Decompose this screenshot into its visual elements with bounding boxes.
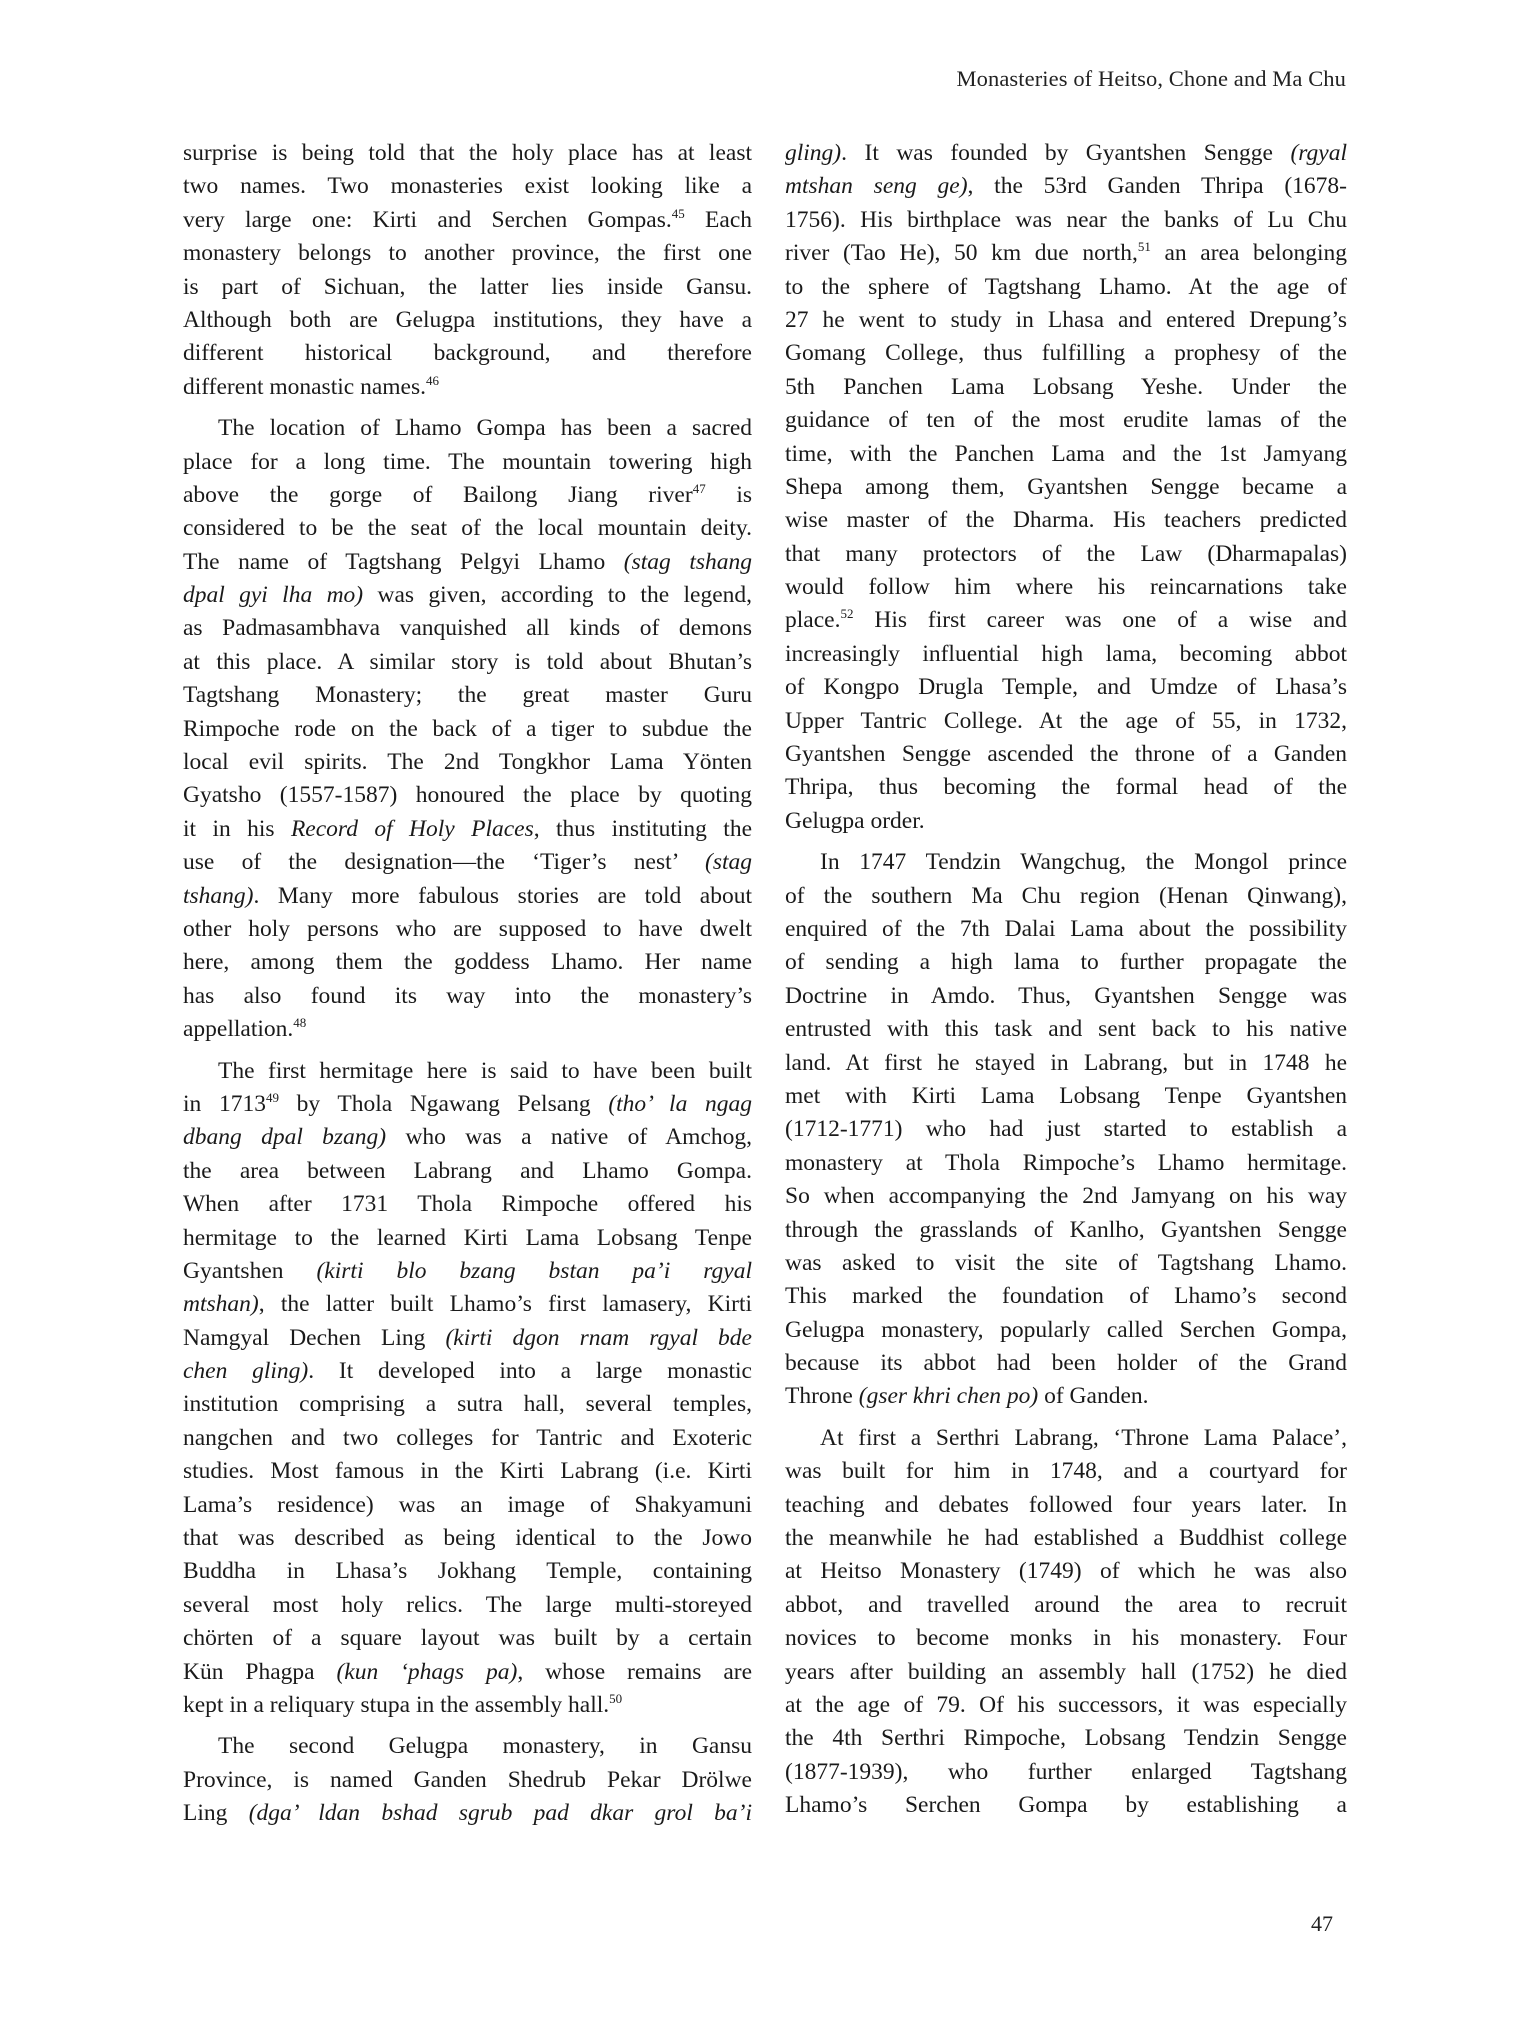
text-run: here, among them the goddess Lhamo. Her … [183, 949, 752, 975]
text-run: in 1713 [183, 1091, 266, 1117]
text-line: nangchen and two colleges for Tantric an… [183, 1422, 752, 1455]
text-line: studies. Most famous in the Kirti Labran… [183, 1455, 752, 1488]
text-line: dbang dpal bzang) who was a native of Am… [183, 1121, 752, 1154]
text-line: is part of Sichuan, the latter lies insi… [183, 271, 752, 304]
text-line: 27 he went to study in Lhasa and entered… [785, 304, 1347, 337]
text-run: by Thola Ngawang Pelsang [279, 1091, 608, 1117]
text-line: years after building an assembly hall (1… [785, 1656, 1347, 1689]
text-run: The second Gelugpa monastery, in Gansu [218, 1733, 752, 1759]
text-run: wise master of the Dharma. His teachers … [785, 507, 1347, 533]
text-run: above the gorge of Bailong Jiang river [183, 482, 693, 508]
text-run: that was described as being identical to… [183, 1525, 752, 1551]
text-line: dpal gyi lha mo) was given, according to… [183, 579, 752, 612]
text-line: Rimpoche rode on the back of a tiger to … [183, 713, 752, 746]
text-line: through the grasslands of Kanlho, Gyants… [785, 1214, 1347, 1247]
text-line: of Kongpo Drugla Temple, and Umdze of Lh… [785, 671, 1347, 704]
text-line: chen gling). It developed into a large m… [183, 1355, 752, 1388]
text-line: considered to be the seat of the local m… [183, 512, 752, 545]
paragraph-gap [183, 1047, 752, 1055]
text-run: (1877-1939), who further enlarged Tagtsh… [785, 1759, 1347, 1785]
text-run: Upper Tantric College. At the age of 55,… [785, 708, 1347, 734]
tibetan-transliteration: (stag tshang [624, 549, 752, 575]
text-line: Namgyal Dechen Ling (kirti dgon rnam rgy… [183, 1322, 752, 1355]
text-run: has also found its way into the monaster… [183, 983, 752, 1009]
text-line: 1756). His birthplace was near the banks… [785, 204, 1347, 237]
text-run: enquired of the 7th Dalai Lama about the… [785, 916, 1347, 942]
text-run: Namgyal Dechen Ling [183, 1325, 445, 1351]
text-run: 27 he went to study in Lhasa and entered… [785, 307, 1347, 333]
tibetan-transliteration: tshang) [183, 883, 254, 909]
text-run: that many protectors of the Law (Dharmap… [785, 541, 1347, 567]
tibetan-transliteration: (stag [705, 849, 752, 875]
text-run: studies. Most famous in the Kirti Labran… [183, 1458, 752, 1484]
text-run: Gyantshen [183, 1258, 316, 1284]
running-header-title: Monasteries of Heitso, Chone and Ma Chu [957, 66, 1346, 92]
text-line: very large one: Kirti and Serchen Gompas… [183, 204, 752, 237]
tibetan-transliteration: mtshan seng ge) [785, 173, 968, 199]
text-line: of sending a high lama to further propag… [785, 946, 1347, 979]
text-line: at Heitso Monastery (1749) of which he w… [785, 1555, 1347, 1588]
text-line: appellation.48 [183, 1013, 752, 1046]
footnote-ref: 52 [840, 606, 853, 621]
text-run: Kün Phagpa [183, 1659, 336, 1685]
text-run: kept in a reliquary stupa in the assembl… [183, 1692, 609, 1718]
text-run: His first career was one of a wise and [853, 607, 1347, 633]
text-run: of Kongpo Drugla Temple, and Umdze of Lh… [785, 674, 1347, 700]
text-line: 5th Panchen Lama Lobsang Yeshe. Under th… [785, 371, 1347, 404]
text-run: surprise is being told that the holy pla… [183, 140, 752, 166]
text-line: other holy persons who are supposed to h… [183, 913, 752, 946]
text-run: very large one: Kirti and Serchen Gompas… [183, 207, 672, 233]
footnote-ref: 48 [293, 1015, 306, 1030]
text-run: increasingly influential high lama, beco… [785, 641, 1347, 667]
text-line: place.52 His first career was one of a w… [785, 604, 1347, 637]
text-line: gling). It was founded by Gyantshen Seng… [785, 137, 1347, 170]
tibetan-transliteration: chen gling) [183, 1358, 308, 1384]
text-run: When after 1731 Thola Rimpoche offered h… [183, 1191, 752, 1217]
text-line: Gyantshen Sengge ascended the throne of … [785, 738, 1347, 771]
text-run: The name of Tagtshang Pelgyi Lhamo [183, 549, 624, 575]
text-line: This marked the foundation of Lhamo’s se… [785, 1280, 1347, 1313]
text-run: at the age of 79. Of his successors, it … [785, 1692, 1347, 1718]
text-line: at the age of 79. Of his successors, it … [785, 1689, 1347, 1722]
text-run: At first a Serthri Labrang, ‘Throne Lama… [820, 1425, 1347, 1451]
text-line: abbot, and travelled around the area to … [785, 1589, 1347, 1622]
text-run: is part of Sichuan, the latter lies insi… [183, 274, 752, 300]
tibetan-transliteration: mtshan) [183, 1291, 259, 1317]
text-line: Gelugpa monastery, popularly called Serc… [785, 1314, 1347, 1347]
text-run: who was a native of Amchog, [386, 1124, 752, 1150]
text-run: abbot, and travelled around the area to … [785, 1592, 1347, 1618]
paragraph: At first a Serthri Labrang, ‘Throne Lama… [785, 1422, 1347, 1823]
text-run: was asked to visit the site of Tagtshang… [785, 1250, 1347, 1276]
text-run: was given, according to the legend, [363, 582, 752, 608]
text-line: novices to become monks in his monastery… [785, 1622, 1347, 1655]
text-run: Doctrine in Amdo. Thus, Gyantshen Sengge… [785, 983, 1347, 1009]
paragraph-gap [785, 1414, 1347, 1422]
text-run: place. [785, 607, 840, 633]
text-line: Although both are Gelugpa institutions, … [183, 304, 752, 337]
text-line: river (Tao He), 50 km due north,51 an ar… [785, 237, 1347, 270]
text-line: of the southern Ma Chu region (Henan Qin… [785, 880, 1347, 913]
text-run: institution comprising a sutra hall, sev… [183, 1391, 752, 1417]
text-line: So when accompanying the 2nd Jamyang on … [785, 1180, 1347, 1213]
text-line: because its abbot had been holder of the… [785, 1347, 1347, 1380]
paragraph: The second Gelugpa monastery, in GansuPr… [183, 1730, 752, 1830]
text-line: At first a Serthri Labrang, ‘Throne Lama… [785, 1422, 1347, 1455]
text-line: Lama’s residence) was an image of Shakya… [183, 1489, 752, 1522]
text-line: The second Gelugpa monastery, in Gansu [183, 1730, 752, 1763]
text-run: Although both are Gelugpa institutions, … [183, 307, 752, 333]
text-run: time, with the Panchen Lama and the 1st … [785, 441, 1347, 467]
page-number: 47 [1311, 1911, 1333, 1937]
text-run: , thus instituting the [534, 816, 752, 842]
text-run: because its abbot had been holder of the… [785, 1350, 1347, 1376]
text-line: Province, is named Ganden Shedrub Pekar … [183, 1764, 752, 1797]
text-line: Buddha in Lhasa’s Jokhang Temple, contai… [183, 1555, 752, 1588]
text-line: When after 1731 Thola Rimpoche offered h… [183, 1188, 752, 1221]
text-run: novices to become monks in his monastery… [785, 1625, 1347, 1651]
text-run: The location of Lhamo Gompa has been a s… [218, 415, 752, 441]
text-run: Buddha in Lhasa’s Jokhang Temple, contai… [183, 1558, 752, 1584]
text-run: through the grasslands of Kanlho, Gyants… [785, 1217, 1347, 1243]
text-run: was built for him in 1748, and a courtya… [785, 1458, 1347, 1484]
text-run: guidance of ten of the most erudite lama… [785, 407, 1347, 433]
text-line: (1712-1771) who had just started to esta… [785, 1113, 1347, 1146]
text-run: 1756). His birthplace was near the banks… [785, 207, 1347, 233]
text-line: the area between Labrang and Lhamo Gompa… [183, 1155, 752, 1188]
text-line: use of the designation—the ‘Tiger’s nest… [183, 846, 752, 879]
text-line: would follow him where his reincarnation… [785, 571, 1347, 604]
text-run: place for a long time. The mountain towe… [183, 449, 752, 475]
text-run: Ling [183, 1800, 249, 1826]
text-line: The name of Tagtshang Pelgyi Lhamo (stag… [183, 546, 752, 579]
text-line: land. At first he stayed in Labrang, but… [785, 1047, 1347, 1080]
text-run: different historical background, and the… [183, 340, 752, 366]
text-line: kept in a reliquary stupa in the assembl… [183, 1689, 752, 1722]
text-run: Gyatsho (1557-1587) honoured the place b… [183, 782, 752, 808]
text-line: tshang). Many more fabulous stories are … [183, 880, 752, 913]
text-line: was built for him in 1748, and a courtya… [785, 1455, 1347, 1488]
text-run: different monastic names. [183, 374, 426, 400]
right-text-column: gling). It was founded by Gyantshen Seng… [785, 137, 1347, 1823]
text-run: monastery at Thola Rimpoche’s Lhamo herm… [785, 1150, 1347, 1176]
text-run: use of the designation—the ‘Tiger’s nest… [183, 849, 705, 875]
text-run: 5th Panchen Lama Lobsang Yeshe. Under th… [785, 374, 1347, 400]
tibetan-transliteration: dpal gyi lha mo) [183, 582, 363, 608]
text-line: Lhamo’s Serchen Gompa by establishing a [785, 1789, 1347, 1822]
paragraph: In 1747 Tendzin Wangchug, the Mongol pri… [785, 846, 1347, 1414]
text-run: of sending a high lama to further propag… [785, 949, 1347, 975]
tibetan-transliteration: (kun ‘phags pa) [336, 1659, 517, 1685]
text-run: an area belonging [1151, 240, 1347, 266]
text-line: Throne (gser khri chen po) of Ganden. [785, 1380, 1347, 1413]
text-run: met with Kirti Lama Lobsang Tenpe Gyants… [785, 1083, 1347, 1109]
text-line: wise master of the Dharma. His teachers … [785, 504, 1347, 537]
text-run: chörten of a square layout was built by … [183, 1625, 752, 1651]
text-line: to the sphere of Tagtshang Lhamo. At the… [785, 271, 1347, 304]
text-line: it in his Record of Holy Places, thus in… [183, 813, 752, 846]
text-run: two names. Two monasteries exist looking… [183, 173, 752, 199]
text-line: enquired of the 7th Dalai Lama about the… [785, 913, 1347, 946]
text-run: , the latter built Lhamo’s first lamaser… [259, 1291, 752, 1317]
text-run: of the southern Ma Chu region (Henan Qin… [785, 883, 1347, 909]
text-line: above the gorge of Bailong Jiang river47… [183, 479, 752, 512]
text-line: The location of Lhamo Gompa has been a s… [183, 412, 752, 445]
text-line: Thripa, thus becoming the formal head of… [785, 771, 1347, 804]
text-run: entrusted with this task and sent back t… [785, 1016, 1347, 1042]
text-line: The first hermitage here is said to have… [183, 1055, 752, 1088]
tibetan-transliteration: dbang dpal bzang) [183, 1124, 386, 1150]
text-line: teaching and debates followed four years… [785, 1489, 1347, 1522]
text-line: Upper Tantric College. At the age of 55,… [785, 705, 1347, 738]
paragraph-gap [183, 404, 752, 412]
text-run: at Heitso Monastery (1749) of which he w… [785, 1558, 1347, 1584]
text-run: hermitage to the learned Kirti Lama Lobs… [183, 1225, 752, 1251]
text-run: Gelugpa order. [785, 808, 925, 834]
text-run: the area between Labrang and Lhamo Gompa… [183, 1158, 752, 1184]
text-run: Throne [785, 1383, 859, 1409]
paragraph-gap [785, 838, 1347, 846]
text-line: surprise is being told that the holy pla… [183, 137, 752, 170]
text-run: Gyantshen Sengge ascended the throne of … [785, 741, 1347, 767]
text-line: as Padmasambhava vanquished all kinds of… [183, 612, 752, 645]
text-line: Gyatsho (1557-1587) honoured the place b… [183, 779, 752, 812]
text-run: Lama’s residence) was an image of Shakya… [183, 1492, 752, 1518]
paragraph: surprise is being told that the holy pla… [183, 137, 752, 404]
text-line: institution comprising a sutra hall, sev… [183, 1388, 752, 1421]
text-run: river (Tao He), 50 km due north, [785, 240, 1138, 266]
text-run: monastery belongs to another province, t… [183, 240, 752, 266]
text-line: Ling (dga’ ldan bshad sgrub pad dkar gro… [183, 1797, 752, 1830]
tibetan-transliteration: (tho’ la ngag [608, 1091, 752, 1117]
text-run: Province, is named Ganden Shedrub Pekar … [183, 1767, 752, 1793]
text-run: . Many more fabulous stories are told ab… [254, 883, 753, 909]
tibetan-transliteration: (gser khri chen po) [859, 1383, 1038, 1409]
text-run: the meanwhile he had established a Buddh… [785, 1525, 1347, 1551]
tibetan-transliteration: (dga’ ldan bshad sgrub pad dkar grol ba’… [249, 1800, 752, 1826]
text-run: teaching and debates followed four years… [785, 1492, 1347, 1518]
text-line: Shepa among them, Gyantshen Sengge becam… [785, 471, 1347, 504]
text-run: appellation. [183, 1016, 293, 1042]
text-run: Gomang College, thus fulfilling a prophe… [785, 340, 1347, 366]
text-line: place for a long time. The mountain towe… [183, 446, 752, 479]
text-run: would follow him where his reincarnation… [785, 574, 1347, 600]
text-line: the meanwhile he had established a Buddh… [785, 1522, 1347, 1555]
text-run: several most holy relics. The large mult… [183, 1592, 752, 1618]
text-run: In 1747 Tendzin Wangchug, the Mongol pri… [820, 849, 1347, 875]
paragraph-gap [183, 1722, 752, 1730]
text-line: that was described as being identical to… [183, 1522, 752, 1555]
text-run: Thripa, thus becoming the formal head of… [785, 774, 1347, 800]
text-line: Kün Phagpa (kun ‘phags pa), whose remain… [183, 1656, 752, 1689]
text-run: Gelugpa monastery, popularly called Serc… [785, 1317, 1347, 1343]
text-run: local evil spirits. The 2nd Tongkhor Lam… [183, 749, 752, 775]
footnote-ref: 50 [609, 1691, 622, 1706]
text-line: in 171349 by Thola Ngawang Pelsang (tho’… [183, 1088, 752, 1121]
footnote-ref: 46 [426, 373, 439, 388]
text-run: Rimpoche rode on the back of a tiger to … [183, 716, 752, 742]
paragraph: The location of Lhamo Gompa has been a s… [183, 412, 752, 1046]
text-run: (1712-1771) who had just started to esta… [785, 1116, 1347, 1142]
text-line: guidance of ten of the most erudite lama… [785, 404, 1347, 437]
text-line: here, among them the goddess Lhamo. Her … [183, 946, 752, 979]
left-text-column: surprise is being told that the holy pla… [183, 137, 752, 1831]
tibetan-transliteration: gling) [785, 140, 841, 166]
text-line: (1877-1939), who further enlarged Tagtsh… [785, 1756, 1347, 1789]
text-run: other holy persons who are supposed to h… [183, 916, 752, 942]
text-line: has also found its way into the monaster… [183, 980, 752, 1013]
tibetan-transliteration: (kirti blo bzang bstan pa’i rgyal [316, 1258, 752, 1284]
text-run: The first hermitage here is said to have… [218, 1058, 752, 1084]
tibetan-transliteration: Record of Holy Places [291, 816, 534, 842]
text-run: it in his [183, 816, 291, 842]
text-run: . It developed into a large monastic [308, 1358, 752, 1384]
text-line: local evil spirits. The 2nd Tongkhor Lam… [183, 746, 752, 779]
footnote-ref: 45 [672, 206, 685, 221]
paragraph: gling). It was founded by Gyantshen Seng… [785, 137, 1347, 838]
tibetan-transliteration: (kirti dgon rnam rgyal bde [445, 1325, 752, 1351]
text-run: , the 53rd Ganden Thripa (1678- [968, 173, 1347, 199]
text-line: monastery belongs to another province, t… [183, 237, 752, 270]
text-line: was asked to visit the site of Tagtshang… [785, 1247, 1347, 1280]
text-run: years after building an assembly hall (1… [785, 1659, 1347, 1685]
footnote-ref: 49 [266, 1090, 279, 1105]
text-line: that many protectors of the Law (Dharmap… [785, 538, 1347, 571]
text-run: Each [685, 207, 752, 233]
text-line: at this place. A similar story is told a… [183, 646, 752, 679]
text-line: Gyantshen (kirti blo bzang bstan pa’i rg… [183, 1255, 752, 1288]
text-line: different historical background, and the… [183, 337, 752, 370]
tibetan-transliteration: (rgyal [1290, 140, 1347, 166]
text-line: In 1747 Tendzin Wangchug, the Mongol pri… [785, 846, 1347, 879]
text-run: is [706, 482, 752, 508]
text-run: the 4th Serthri Rimpoche, Lobsang Tendzi… [785, 1725, 1347, 1751]
text-line: mtshan seng ge), the 53rd Ganden Thripa … [785, 170, 1347, 203]
text-run: land. At first he stayed in Labrang, but… [785, 1050, 1347, 1076]
text-line: met with Kirti Lama Lobsang Tenpe Gyants… [785, 1080, 1347, 1113]
text-run: at this place. A similar story is told a… [183, 649, 752, 675]
text-line: Gelugpa order. [785, 805, 1347, 838]
text-run: . It was founded by Gyantshen Sengge [841, 140, 1290, 166]
text-run: of Ganden. [1038, 1383, 1148, 1409]
text-line: two names. Two monasteries exist looking… [183, 170, 752, 203]
text-run: Shepa among them, Gyantshen Sengge becam… [785, 474, 1347, 500]
text-line: Tagtshang Monastery; the great master Gu… [183, 679, 752, 712]
footnote-ref: 51 [1138, 239, 1151, 254]
text-line: several most holy relics. The large mult… [183, 1589, 752, 1622]
text-line: Doctrine in Amdo. Thus, Gyantshen Sengge… [785, 980, 1347, 1013]
text-run: Lhamo’s Serchen Gompa by establishing a [785, 1792, 1347, 1818]
text-line: monastery at Thola Rimpoche’s Lhamo herm… [785, 1147, 1347, 1180]
text-run: as Padmasambhava vanquished all kinds of… [183, 615, 752, 641]
text-line: hermitage to the learned Kirti Lama Lobs… [183, 1222, 752, 1255]
text-run: nangchen and two colleges for Tantric an… [183, 1425, 752, 1451]
text-line: different monastic names.46 [183, 371, 752, 404]
text-line: increasingly influential high lama, beco… [785, 638, 1347, 671]
text-line: mtshan), the latter built Lhamo’s first … [183, 1288, 752, 1321]
text-line: entrusted with this task and sent back t… [785, 1013, 1347, 1046]
text-line: chörten of a square layout was built by … [183, 1622, 752, 1655]
text-run: So when accompanying the 2nd Jamyang on … [785, 1183, 1347, 1209]
footnote-ref: 47 [693, 481, 706, 496]
text-run: to the sphere of Tagtshang Lhamo. At the… [785, 274, 1347, 300]
text-run: This marked the foundation of Lhamo’s se… [785, 1283, 1347, 1309]
text-run: considered to be the seat of the local m… [183, 515, 752, 541]
paragraph: The first hermitage here is said to have… [183, 1055, 752, 1723]
text-run: , whose remains are [517, 1659, 752, 1685]
text-line: the 4th Serthri Rimpoche, Lobsang Tendzi… [785, 1722, 1347, 1755]
text-line: time, with the Panchen Lama and the 1st … [785, 438, 1347, 471]
text-run: Tagtshang Monastery; the great master Gu… [183, 682, 752, 708]
text-line: Gomang College, thus fulfilling a prophe… [785, 337, 1347, 370]
